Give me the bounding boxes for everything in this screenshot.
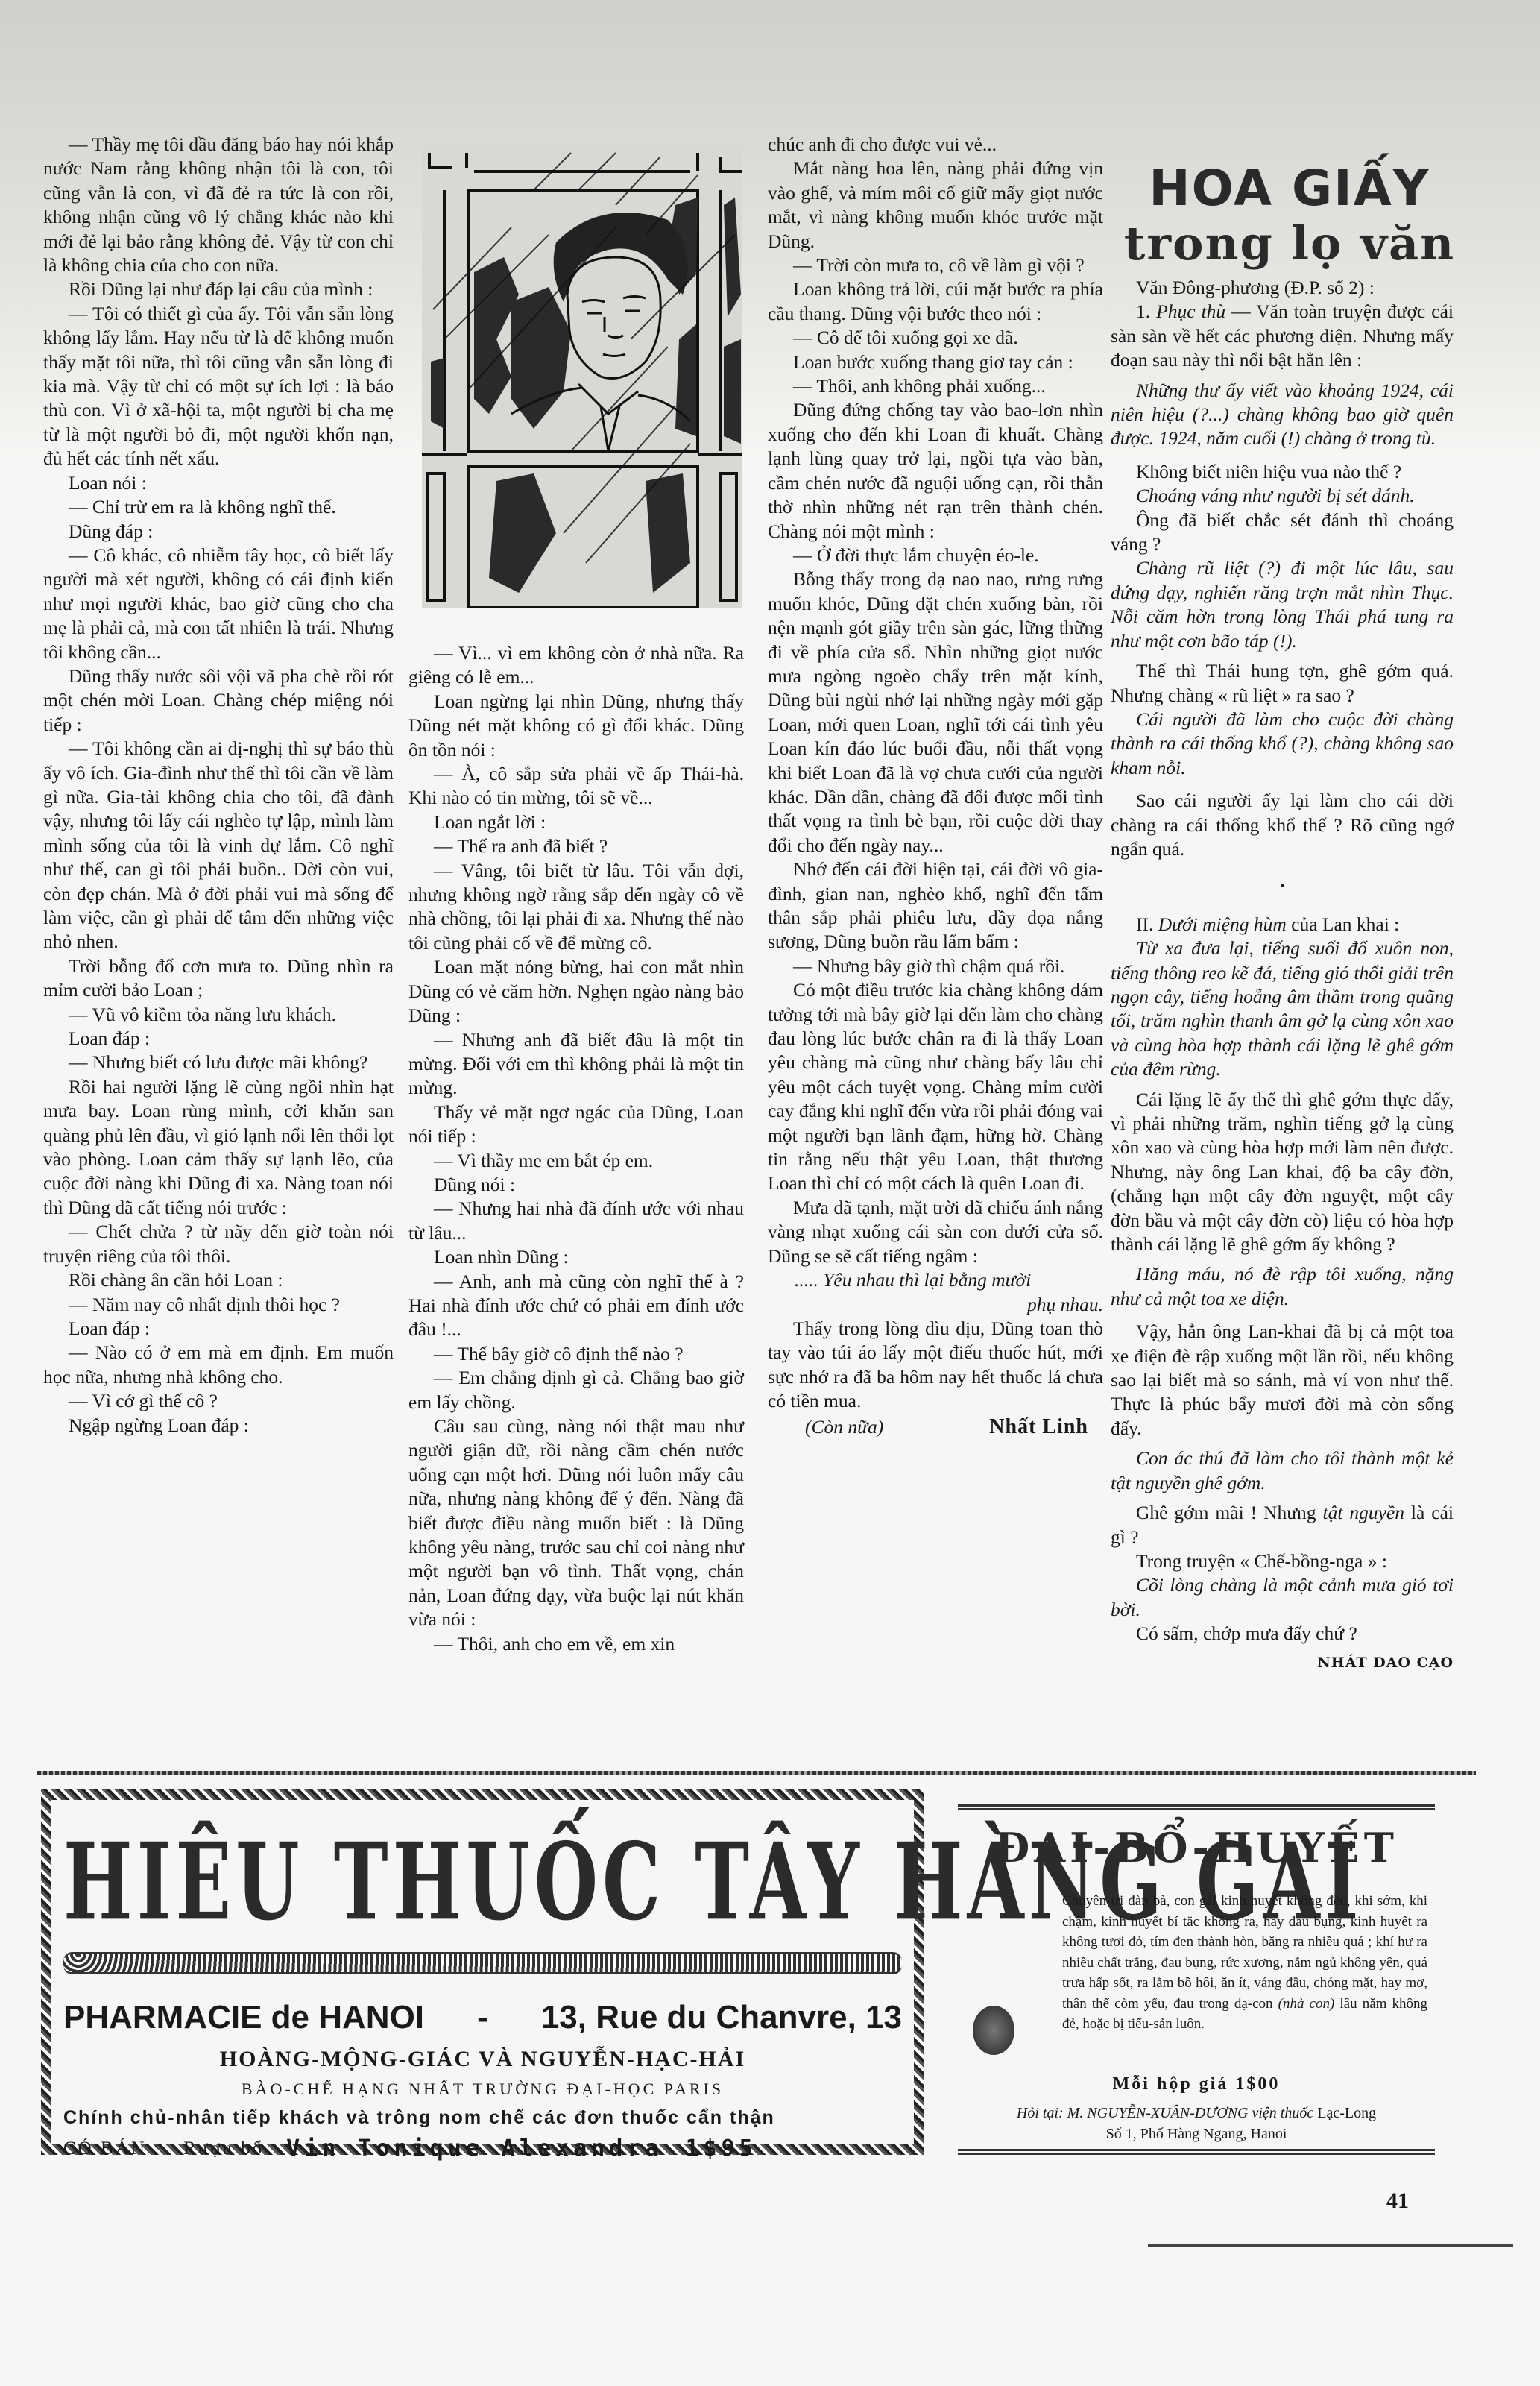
quote: Cái người đã làm cho cuộc đời chàng thàn…	[1111, 708, 1454, 780]
paragraph: — Nào có ở em mà em định. Em muốn học nữ…	[43, 1341, 394, 1389]
section-title: Phục thù	[1156, 300, 1225, 322]
paragraph: Loan ngắt lời :	[408, 810, 744, 834]
comment: Không biết niên hiệu vua nào thế ?	[1111, 460, 1454, 484]
paragraph: Loan nói :	[43, 471, 394, 495]
quote: Choáng váng như người bị sét đánh.	[1111, 484, 1454, 508]
section-number: II.	[1136, 913, 1153, 935]
sale-product: Vin Tonique Alexandra	[286, 2132, 663, 2165]
contact-place: Lạc-Long	[1313, 2105, 1376, 2121]
comment: Trong truyện « Chế-bồng-nga » :	[1111, 1549, 1454, 1573]
pill-dot-icon	[973, 2006, 1014, 2055]
divider-rule	[37, 1771, 1476, 1775]
sale-price: 1$95	[685, 2132, 757, 2165]
paragraph: Câu sau cùng, nàng nói thật mau như ngườ…	[408, 1414, 744, 1632]
section-number: 1.	[1136, 300, 1150, 322]
author-signature: Nhất Linh	[989, 1415, 1088, 1439]
paragraph: Trời bỗng đổ cơn mưa to. Dũng nhìn ra mỉ…	[43, 954, 394, 1003]
ad-description: Chuyên-trị đàn bà, con gái kinh huyết kh…	[1062, 1891, 1427, 2035]
paragraph: Loan đáp :	[43, 1027, 394, 1051]
paragraph: Dũng nói :	[408, 1173, 744, 1197]
comment: Ông đã biết chắc sét đánh thì choáng ván…	[1111, 509, 1454, 557]
sale-line: CÓ BÁN : Rượu bổ Vin Tonique Alexandra 1…	[63, 2132, 902, 2165]
paragraph: — Ở đời thực lắm chuyện éo-le.	[768, 544, 1103, 567]
paragraph: Loan mặt nóng bừng, hai con mắt nhìn Dũn…	[408, 955, 744, 1027]
quote-text: Cõi lòng chàng là một cảnh mưa gió tơi b…	[1111, 1574, 1454, 1619]
comment: Ghê gớm mãi ! Nhưng tật nguyền là cái gì…	[1111, 1501, 1454, 1549]
sale-item: Rượu bổ	[183, 2132, 264, 2165]
story-column-3: chúc anh đi cho được vui vẻ... Mắt nàng …	[768, 133, 1103, 1439]
section-text: của Lan khai :	[1287, 913, 1400, 935]
section-heading: II. Dưới miệng hùm của Lan khai :	[1111, 913, 1454, 937]
wavy-ornament	[63, 1952, 902, 1974]
section-title: Dưới miệng hùm	[1158, 913, 1287, 935]
paragraph: — À, cô sắp sửa phải về ấp Thái-hà. Khi …	[408, 762, 744, 810]
section-separator-icon: ▪	[1111, 875, 1454, 898]
paragraph: Thấy trong lòng dìu dịu, Dũng toan thò t…	[768, 1317, 1103, 1414]
title-line-2: trong lọ văn	[1118, 217, 1461, 271]
paragraph: Văn Đông-phương (Đ.P. số 2) :	[1111, 276, 1454, 300]
quote-text: Hăng máu, nó đè rập tôi xuống, nặng như …	[1111, 1263, 1454, 1309]
quote: Hăng máu, nó đè rập tôi xuống, nặng như …	[1111, 1262, 1454, 1311]
dash: -	[477, 1997, 488, 2039]
section-heading: 1. Phục thù — Văn toàn truyện được cái s…	[1111, 300, 1454, 372]
paragraph: Loan nhìn Dũng :	[408, 1245, 744, 1269]
quote-text: Từ xa đưa lại, tiếng suối đổ xuôn non, t…	[1111, 937, 1454, 1080]
ad-title: ĐẠI-BỔ-HUYẾT	[958, 1824, 1435, 1872]
paragraph: — Anh, anh mà cũng còn nghĩ thế à ? Hai …	[408, 1270, 744, 1342]
ad-price: Mỗi hộp giá 1$00	[958, 2074, 1435, 2094]
paragraph: Nhớ đến cái đời hiện tại, cái đời vô gia…	[768, 857, 1103, 954]
pharmacy-address: 13, Rue du Chanvre, 13	[541, 1997, 902, 2039]
paragraph: — Vì thầy me em bắt ép em.	[408, 1149, 744, 1173]
description-text: Chuyên-trị đàn bà, con gái kinh huyết kh…	[1062, 1893, 1427, 2012]
story-illustration	[422, 145, 742, 608]
service-note: Chính chủ-nhân tiếp khách và trông nom c…	[63, 2103, 902, 2132]
paragraph: — Năm nay cô nhất định thôi học ?	[43, 1293, 394, 1317]
page-number: 41	[1386, 2188, 1409, 2214]
column-signature: NHÁT DAO CẠO	[1111, 1651, 1454, 1675]
quote: Chàng rũ liệt (?) đi một lúc lâu, sau đứ…	[1111, 556, 1454, 653]
pharmacy-name: PHARMACIE de HANOI	[63, 1997, 424, 2039]
paragraph: Loan ngừng lại nhìn Dũng, nhưng thấy Dũn…	[408, 690, 744, 762]
paragraph: Mưa đã tạnh, mặt trời đã chiếu ánh nắng …	[768, 1196, 1103, 1268]
paragraph: Rồi hai người lặng lẽ cùng ngồi nhìn hạt…	[43, 1075, 394, 1220]
paragraph: — Vâng, tôi biết từ lâu. Tôi vẫn đợi, nh…	[408, 859, 744, 956]
paragraph: — Tôi có thiết gì của ấy. Tôi vẫn sẵn lò…	[43, 302, 394, 471]
sale-label: CÓ BÁN :	[63, 2132, 161, 2165]
contact-address: Số 1, Phố Hàng Ngang, Hanoi	[958, 2124, 1435, 2144]
paragraph: — Thế ra anh đã biết ?	[408, 834, 744, 858]
paragraph: Bỗng thấy trong dạ nao nao, rưng rưng mu…	[768, 567, 1103, 857]
quote: Con ác thú đã làm cho tôi thành một kẻ t…	[1111, 1447, 1454, 1495]
paragraph: — Thôi, anh cho em về, em xin	[408, 1632, 744, 1656]
story-column-2: — Vì... vì em không còn ở nhà nữa. Ra gi…	[408, 641, 744, 1656]
quote: Những thư ấy viết vào khoảng 1924, cái n…	[1111, 379, 1454, 451]
contact-name: Hỏi tại: M. NGUYỄN-XUÂN-DƯƠNG viện thuốc	[1017, 2105, 1313, 2121]
comment: Có sấm, chớp mưa đấy chứ ?	[1111, 1622, 1454, 1646]
degree: BÀO-CHẾ HẠNG NHẤT TRƯỜNG ĐẠI-HỌC PARIS	[63, 2076, 902, 2103]
paragraph: Dũng thấy nước sôi vội vã pha chè rồi ró…	[43, 664, 394, 737]
paragraph: — Em chẳng định gì cả. Chẳng bao giờ em …	[408, 1366, 744, 1414]
description-italic: (nhà con)	[1278, 1996, 1335, 2012]
paragraph: — Nhưng biết có lưu được mãi không?	[43, 1051, 394, 1074]
story-footer: (Còn nữa) Nhất Linh	[768, 1415, 1103, 1439]
pharmacy-advertisement: HIÊU THUỐC TÂY HÀNG GAI PHARMACIE de HAN…	[41, 1789, 924, 2155]
comment-text: Ghê gớm mãi ! Nhưng	[1136, 1502, 1322, 1523]
comment: Vậy, hẳn ông Lan-khai đã bị cả một toa x…	[1111, 1320, 1454, 1441]
paragraph: — Cô khác, cô nhiễm tây học, cô biết lấy…	[43, 544, 394, 664]
pharmacy-line: PHARMACIE de HANOI - 13, Rue du Chanvre,…	[63, 1997, 902, 2039]
owners: HOÀNG-MỘNG-GIÁC VÀ NGUYỄN-HẠC-HẢI	[63, 2043, 902, 2076]
quote-text: Chàng rũ liệt (?) đi một lúc lâu, sau đứ…	[1111, 557, 1454, 651]
title-line-1: HOA GIẤY	[1118, 160, 1461, 217]
paragraph: — Nhưng hai nhà đã đính ước với nhau từ …	[408, 1197, 744, 1245]
paragraph: — Thầy mẹ tôi dầu đăng báo hay nói khắp …	[43, 133, 394, 277]
comment: Cái lặng lẽ ấy thế thì ghê gớm thực đấy,…	[1111, 1088, 1454, 1257]
quote: Cõi lòng chàng là một cảnh mưa gió tơi b…	[1111, 1573, 1454, 1622]
paragraph: Loan đáp :	[43, 1317, 394, 1341]
paragraph: Loan không trả lời, cúi mặt bước ra phía…	[768, 277, 1103, 326]
scan-top-shading	[0, 0, 1540, 142]
paragraph: Dũng đứng chống tay vào bao-lơn nhìn xuố…	[768, 398, 1103, 543]
paragraph: — Thế bây giờ cô định thế nào ?	[408, 1342, 744, 1366]
paragraph: Rồi chàng ân cần hỏi Loan :	[43, 1268, 394, 1292]
paragraph: Ngập ngừng Loan đáp :	[43, 1414, 394, 1438]
quote-text: Con ác thú đã làm cho tôi thành một kẻ t…	[1111, 1447, 1454, 1493]
bottom-rule	[1148, 2244, 1513, 2247]
paragraph: Loan bước xuống thang giơ tay cản :	[768, 350, 1103, 374]
comment: Thế thì Thái hung tợn, ghê gớm quá. Nhưn…	[1111, 659, 1454, 708]
paragraph: chúc anh đi cho được vui vẻ...	[768, 133, 1103, 157]
quote-text: Cái người đã làm cho cuộc đời chàng thàn…	[1111, 708, 1454, 778]
quote-text: Những thư ấy viết vào khoảng 1924, cái n…	[1111, 380, 1454, 450]
man-at-window-illustration-icon	[422, 145, 742, 608]
paragraph: — Nhưng anh đã biết đâu là một tin mừng.…	[408, 1028, 744, 1101]
paragraph: Thấy vẻ mặt ngơ ngác của Dũng, Loan nói …	[408, 1101, 744, 1149]
quote: Từ xa đưa lại, tiếng suối đổ xuôn non, t…	[1111, 937, 1454, 1081]
story-column-1: — Thầy mẹ tôi dầu đăng báo hay nói khắp …	[43, 133, 394, 1438]
paragraph: — Vũ vô kiềm tỏa năng lưu khách.	[43, 1003, 394, 1027]
quote-text: Choáng váng như người bị sét đánh.	[1136, 485, 1415, 506]
paragraph: — Tôi không cần ai dị-nghị thì sự báo th…	[43, 737, 394, 954]
paragraph: — Chỉ trừ em ra là không nghĩ thế.	[43, 495, 394, 519]
verse-line: ..... Yêu nhau thì lại bằng mười	[768, 1268, 1103, 1292]
paragraph: — Nhưng bây giờ thì chậm quá rồi.	[768, 954, 1103, 978]
verse-line: phụ nhau.	[768, 1293, 1103, 1317]
paragraph: Rồi Dũng lại như đáp lại câu của mình :	[43, 277, 394, 301]
paragraph: Có một điều trước kia chàng không dám tư…	[768, 978, 1103, 1196]
paragraph: — Thôi, anh không phải xuống...	[768, 374, 1103, 398]
paragraph: — Vì cớ gì thế cô ?	[43, 1389, 394, 1413]
paragraph: — Trời còn mưa to, cô về làm gì vội ?	[768, 254, 1103, 277]
paragraph: Dũng đáp :	[43, 520, 394, 544]
ad-headline: HIÊU THUỐC TÂY HÀNG GAI	[63, 1819, 902, 1947]
paragraph: — Cô để tôi xuống gọi xe đã.	[768, 326, 1103, 350]
continued-label: (Còn nữa)	[805, 1415, 883, 1439]
hoa-giay-column: Văn Đông-phương (Đ.P. số 2) : 1. Phục th…	[1111, 276, 1454, 1675]
ad-contact: Hỏi tại: M. NGUYỄN-XUÂN-DƯƠNG viện thuốc…	[958, 2103, 1435, 2144]
paragraph: Mắt nàng hoa lên, nàng phải đứng vịn vào…	[768, 157, 1103, 254]
column-title: HOA GIẤY trong lọ văn	[1118, 160, 1461, 271]
comment: Sao cái người ấy lại làm cho cái đời chà…	[1111, 789, 1454, 861]
comment-emphasis: tật nguyền	[1322, 1502, 1404, 1523]
paragraph: — Vì... vì em không còn ở nhà nữa. Ra gi…	[408, 641, 744, 690]
paragraph: — Chết chửa ? từ nãy đến giờ toàn nói tr…	[43, 1220, 394, 1268]
tonic-advertisement: ĐẠI-BỔ-HUYẾT Chuyên-trị đàn bà, con gái …	[958, 1804, 1435, 2155]
